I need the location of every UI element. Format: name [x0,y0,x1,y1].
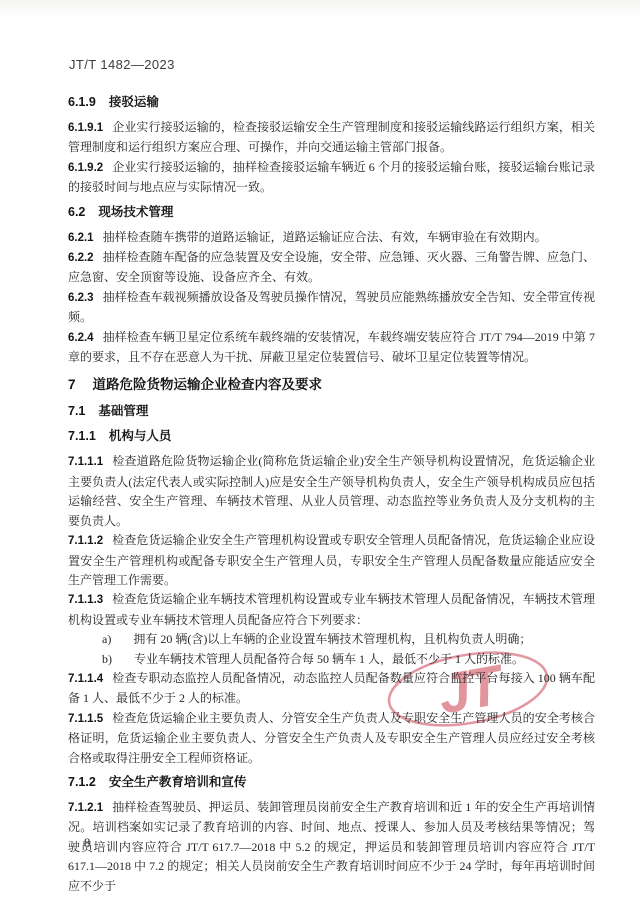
clause-number: 6.1.9.1 [68,122,112,134]
clause-number: 7.1.1.2 [68,535,112,547]
section-heading: 7道路危险货物运输企业检查内容及要求 [68,375,595,394]
clause-text: 抽样检查驾驶员、押运员、装卸管理员岗前安全生产教育培训和近 1 年的安全生产再培… [68,800,595,893]
clause-paragraph: 6.2.2抽样检查随车配备的应急装置及安全设施，安全带、应急锤、灭火器、三角警告… [68,248,595,288]
clause-text: 抽样检查随车配备的应急装置及安全设施，安全带、应急锤、灭火器、三角警告牌、应急门… [68,250,595,284]
clause-text: 检查危货运输企业车辆技术管理机构设置或专业车辆技术管理人员配备情况，车辆技术管理… [68,592,595,626]
document-body: 6.1.9接驳运输6.1.9.1企业实行接驳运输的，检查接驳运输安全生产管理制度… [68,88,595,896]
clause-paragraph: 7.1.1.1检查道路危险货物运输企业(简称危货运输企业)安全生产领导机构设置情… [68,452,595,531]
document-page: JT JT/T 1482—2023 6.1.9接驳运输6.1.9.1企业实行接驳… [0,0,640,905]
clause-number: 6.2 [68,205,98,219]
clause-text: 道路危险货物运输企业检查内容及要求 [93,377,323,392]
clause-paragraph: 6.1.9.2企业实行接驳运输的，抽样检查接驳运输车辆近 6 个月的接驳运输台账… [68,158,595,198]
clause-number: 6.2.1 [68,232,103,244]
clause-number: 6.2.3 [68,292,103,304]
clause-number: 7.1.1.5 [68,713,112,725]
clause-number: 6.2.2 [68,252,103,264]
section-heading: 7.1基础管理 [68,402,595,421]
clause-paragraph: 7.1.1.2检查危货运输企业安全生产管理机构设置或专职安全管理人员配备情况，危… [68,531,595,590]
clause-paragraph: 6.2.3抽样检查车载视频播放设备及驾驶员操作情况，驾驶员应能熟练播放安全告知、… [68,288,595,328]
clause-text: 企业实行接驳运输的，抽样检查接驳运输车辆近 6 个月的接驳运输台账，接驳运输台账… [68,160,595,194]
clause-number: 6.2.4 [68,332,103,344]
page-number: 8 [84,836,90,851]
clause-text: 企业实行接驳运输的，检查接驳运输安全生产管理制度和接驳运输线路运行组织方案，相关… [68,120,595,154]
clause-number: 7.1.1.1 [68,456,112,468]
clause-number: 7.1.2 [68,775,109,789]
clause-text: 抽样检查车辆卫星定位系统车载终端的安装情况，车载终端安装应符合 JT/T 794… [68,330,595,364]
clause-number: a) [102,632,133,646]
clause-text: 安全生产教育培训和宣传 [109,775,247,789]
list-item: a)拥有 20 辆(含)以上车辆的企业设置车辆技术管理机构，且机构负责人明确； [68,630,595,649]
clause-text: 检查危货运输企业主要负责人、分管安全生产负责人及专职安全生产管理人员的安全考核合… [68,711,595,765]
clause-number: 7.1 [68,404,98,418]
section-heading: 7.1.2安全生产教育培训和宣传 [68,773,595,792]
clause-text: 检查危货运输企业安全生产管理机构设置或专职安全管理人员配备情况，危货运输企业应设… [68,533,595,587]
clause-number: 7.1.1 [68,429,109,443]
section-heading: 7.1.1机构与人员 [68,427,595,446]
clause-paragraph: 7.1.1.4检查专职动态监控人员配备情况，动态监控人员配备数量应符合监控平台每… [68,669,595,709]
clause-paragraph: 6.1.9.1企业实行接驳运输的，检查接驳运输安全生产管理制度和接驳运输线路运行… [68,118,595,158]
clause-text: 检查道路危险货物运输企业(简称危货运输企业)安全生产领导机构设置情况，危货运输企… [68,454,595,527]
clause-paragraph: 6.2.4抽样检查车辆卫星定位系统车载终端的安装情况，车载终端安装应符合 JT/… [68,328,595,368]
clause-paragraph: 7.1.2.1抽样检查驾驶员、押运员、装卸管理员岗前安全生产教育培训和近 1 年… [68,798,595,896]
clause-text: 接驳运输 [109,95,159,109]
clause-number: 7 [68,377,93,392]
clause-number: 6.1.9.2 [68,162,112,174]
doc-number: JT/T 1482—2023 [69,57,175,72]
clause-number: 6.1.9 [68,95,109,109]
clause-text: 拥有 20 辆(含)以上车辆的企业设置车辆技术管理机构，且机构负责人明确； [133,632,531,646]
section-heading: 6.2现场技术管理 [68,203,595,222]
clause-paragraph: 6.2.1抽样检查随车携带的道路运输证，道路运输证应合法、有效，车辆审验在有效期… [68,228,595,248]
clause-number: 7.1.1.4 [68,673,112,685]
clause-text: 检查专职动态监控人员配备情况，动态监控人员配备数量应符合监控平台每接入 100 … [68,671,595,705]
list-item: b)专业车辆技术管理人员配备符合每 50 辆车 1 人，最低不少于 1 人的标准… [68,650,595,669]
clause-number: b) [102,652,134,666]
clause-text: 基础管理 [98,404,148,418]
clause-paragraph: 7.1.1.5检查危货运输企业主要负责人、分管安全生产负责人及专职安全生产管理人… [68,709,595,768]
clause-text: 抽样检查随车携带的道路运输证，道路运输证应合法、有效，车辆审验在有效期内。 [103,230,547,244]
clause-paragraph: 7.1.1.3检查危货运输企业车辆技术管理机构设置或专业车辆技术管理人员配备情况… [68,590,595,630]
clause-text: 专业车辆技术管理人员配备符合每 50 辆车 1 人，最低不少于 1 人的标准。 [134,652,524,666]
clause-text: 现场技术管理 [98,205,173,219]
clause-number: 7.1.2.1 [68,802,112,814]
clause-text: 机构与人员 [109,429,172,443]
clause-text: 抽样检查车载视频播放设备及驾驶员操作情况，驾驶员应能熟练播放安全告知、安全带宣传… [68,290,595,324]
section-heading: 6.1.9接驳运输 [68,93,595,112]
clause-number: 7.1.1.3 [68,594,112,606]
